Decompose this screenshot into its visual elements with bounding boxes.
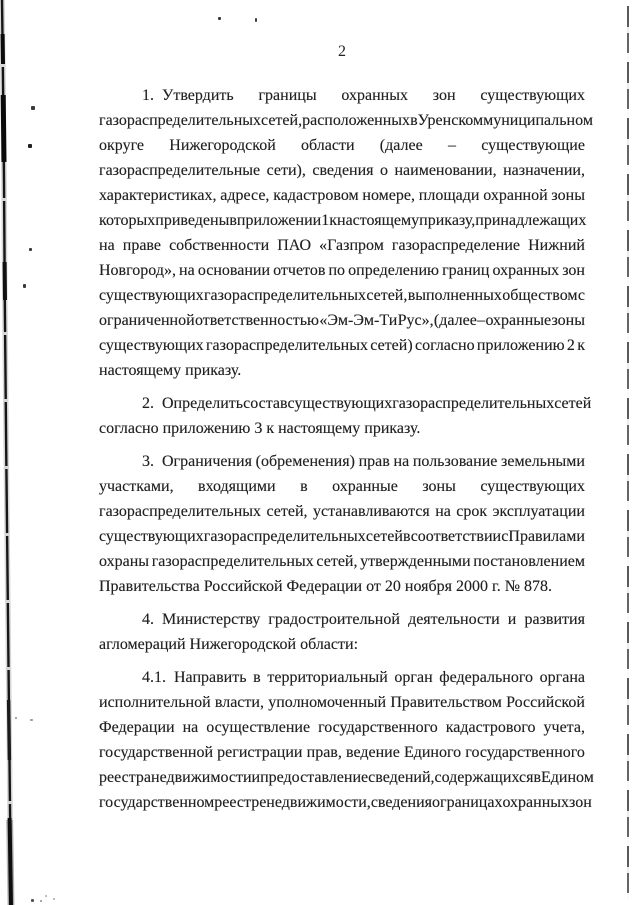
scan-speck	[255, 18, 257, 22]
scan-speck	[15, 717, 17, 719]
text-line: ограниченнойответственностью«Эм-Эм-ТиРус…	[99, 308, 585, 333]
text-line: охраныгазораспределительныхсетей,утвержд…	[99, 549, 585, 574]
scan-speck	[31, 106, 35, 110]
text-line: Новгород»,наоснованииотчетовпоопределени…	[99, 258, 585, 283]
scan-speck	[40, 900, 42, 902]
text-line: существующихгазораспределительныхсетейвс…	[99, 524, 585, 549]
text-line: существующихгазораспределительныхсетей,в…	[99, 283, 585, 308]
scan-speck	[218, 17, 221, 20]
text-line: 4.1. Направитьвтерриториальныйорганфедер…	[99, 665, 585, 690]
text-line: реестранедвижимостиипредоставлениесведен…	[99, 765, 585, 790]
text-line: участками,входящимивохранныезонысуществу…	[99, 474, 585, 499]
scan-speck	[28, 144, 32, 148]
text-line: существующихгазораспределительныхсетей)с…	[99, 333, 585, 358]
text-line: государственномреестренедвижимости,сведе…	[99, 790, 585, 815]
text-line: исполнительнойвласти,уполномоченныйПрави…	[99, 690, 585, 715]
scan-speck	[31, 899, 34, 902]
right-scan-line	[627, 6, 629, 899]
text-line: Правительства Российской Федерации от 20…	[99, 574, 585, 599]
text-line: 3. Ограничения(обременения)правнапользов…	[99, 449, 585, 474]
text-line: Федерациинаосуществлениегосударственного…	[99, 715, 585, 740]
text-line: агломераций Нижегородской области:	[99, 632, 585, 657]
scan-speck	[23, 284, 26, 288]
text-line: газораспределительныхсетей,устанавливают…	[99, 499, 585, 524]
paragraph: 4. Министерствуградостроительнойдеятельн…	[99, 607, 585, 657]
scanned-document-page: 2 1. Утвердитьграницыохранныхзонсуществу…	[0, 0, 640, 905]
scan-speck	[29, 248, 32, 251]
paragraph: 2. Определитьсоставсуществующихгазораспр…	[99, 391, 585, 441]
left-scan-line	[0, 0, 16, 905]
text-line: газораспределительныесети),сведенияонаим…	[99, 158, 585, 183]
text-line: согласно приложению 3 к настоящему прика…	[99, 416, 585, 441]
text-line: округеНижегородскойобласти(далее–существ…	[99, 133, 585, 158]
document-body: 1. Утвердитьграницыохранныхзонсуществующ…	[99, 83, 585, 823]
paragraph: 3. Ограничения(обременения)правнапользов…	[99, 449, 585, 599]
page-number: 2	[99, 43, 585, 61]
text-line: 1. Утвердитьграницыохранныхзонсуществующ…	[99, 83, 585, 108]
paragraph: 1. Утвердитьграницыохранныхзонсуществующ…	[99, 83, 585, 383]
scan-speck	[45, 895, 47, 897]
text-line: газораспределительныхсетей,расположенных…	[99, 108, 585, 133]
scan-speck	[53, 898, 55, 900]
text-line: которыхприведенывприложении1кнастоящемуп…	[99, 208, 585, 233]
text-line: настоящему приказу.	[99, 358, 585, 383]
text-line: характеристиках,адресе,кадастровомномере…	[99, 183, 585, 208]
text-line: 2. Определитьсоставсуществующихгазораспр…	[99, 391, 585, 416]
scan-speck	[30, 719, 33, 721]
text-line: 4. Министерствуградостроительнойдеятельн…	[99, 607, 585, 632]
text-line: государственнойрегистрацииправ,ведениеЕд…	[99, 740, 585, 765]
text-line: направесобственностиПАО«Газпромгазораспр…	[99, 233, 585, 258]
paragraph: 4.1. Направитьвтерриториальныйорганфедер…	[99, 665, 585, 815]
